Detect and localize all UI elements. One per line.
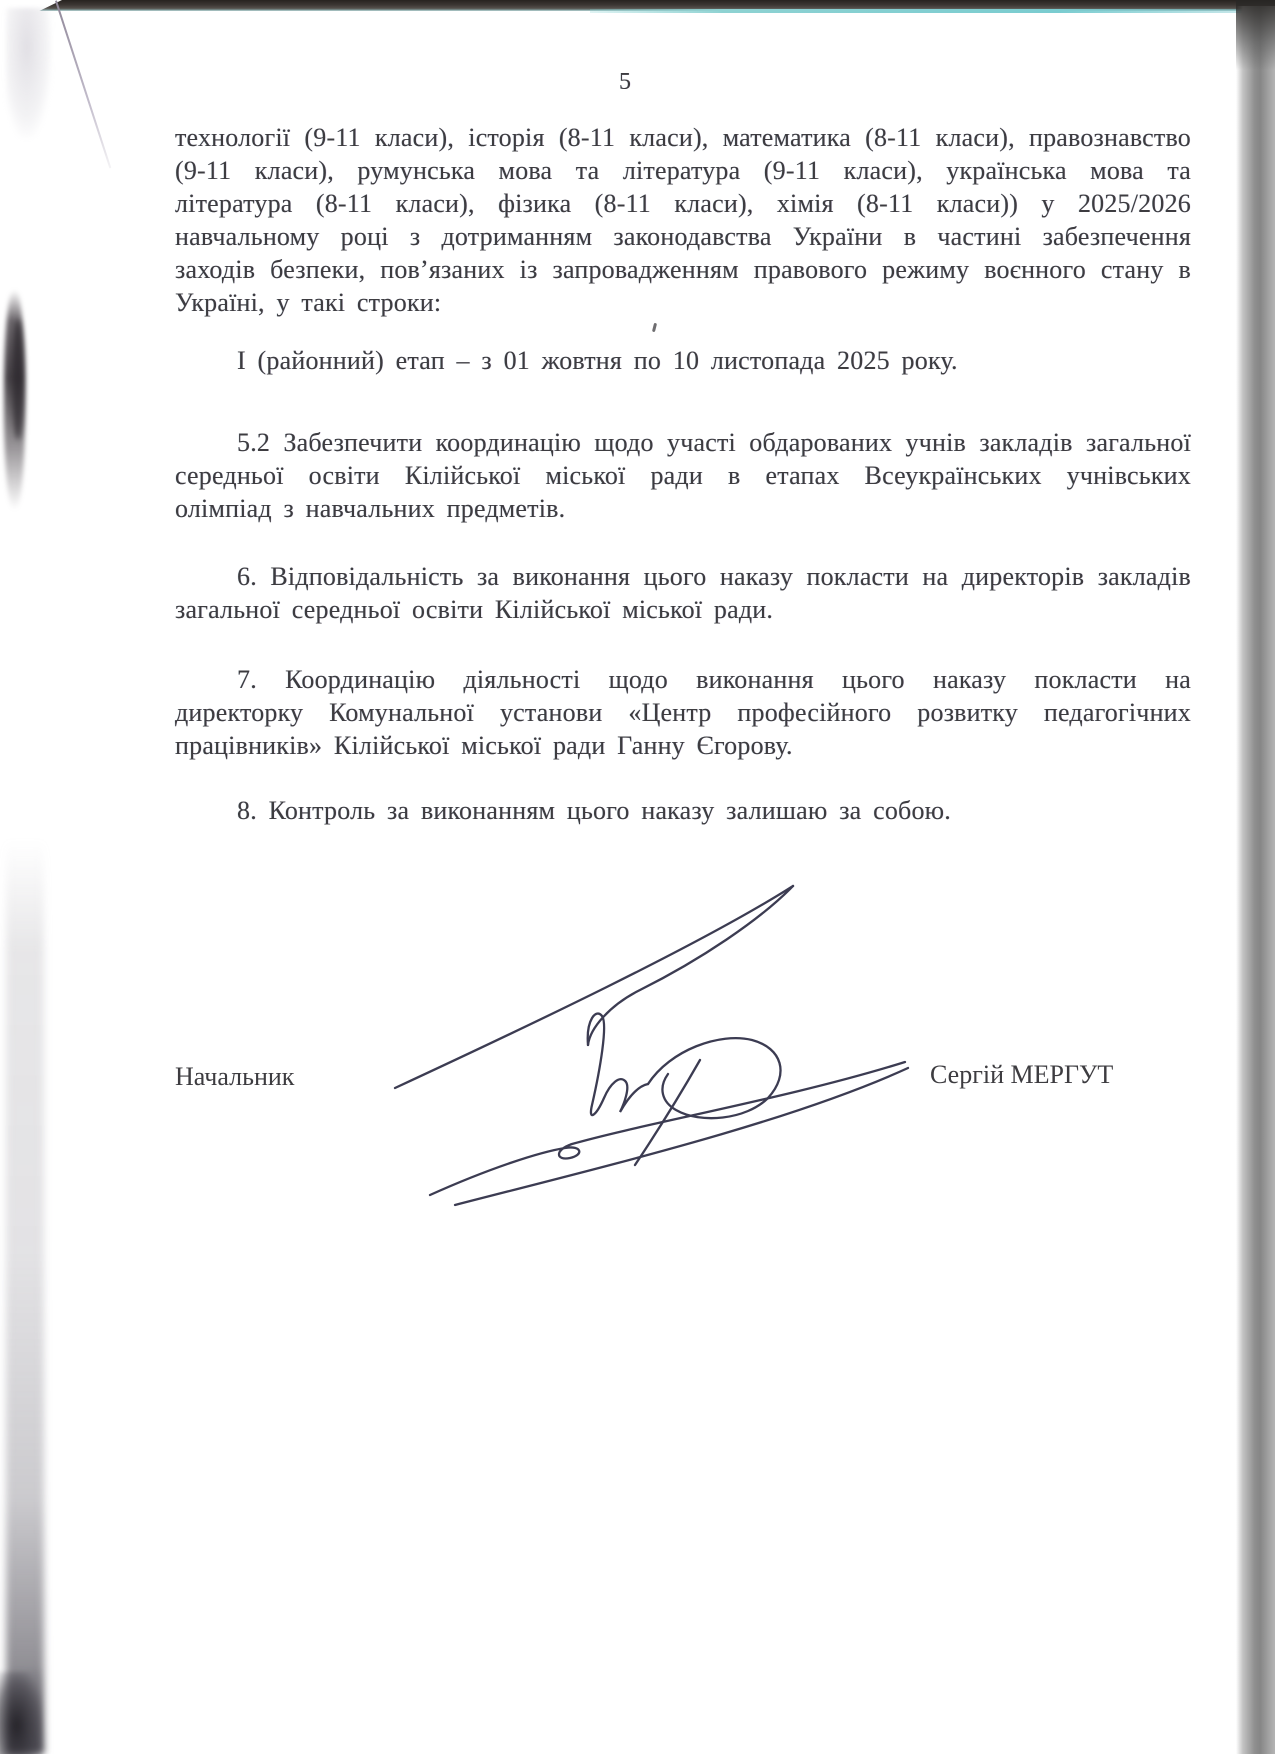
- paragraph-subjects-continuation: технології (9-11 класи), історія (8-11 к…: [175, 121, 1191, 319]
- scan-artifact-ink-smudge: [4, 290, 25, 510]
- scan-artifact-top-edge: [0, 0, 1275, 11]
- scan-artifact-ink-smudge-core: [12, 320, 24, 440]
- paragraph-6: 6. Відповідальність за виконання цього н…: [175, 560, 1191, 626]
- paragraph-8: 8. Контроль за виконанням цього наказу з…: [175, 794, 1191, 827]
- scan-artifact-corner-fold: [0, 0, 70, 30]
- signature-scribble: [370, 860, 930, 1220]
- signatory-name: Сергій МЕРГУТ: [930, 1060, 1113, 1090]
- paragraph-5-2: 5.2 Забезпечити координацію щодо участі …: [175, 426, 1191, 525]
- paragraph-stage-deadline: І (районний) етап – з 01 жовтня по 10 ли…: [175, 344, 1191, 377]
- scan-artifact-right-edge-top: [1236, 0, 1275, 70]
- paragraph-7: 7. Координацію діяльності щодо виконання…: [175, 663, 1191, 762]
- scan-artifact-bottom-blob: [0, 1672, 42, 1754]
- scan-artifact-fold-smudge: [6, 8, 52, 138]
- signatory-position: Начальник: [175, 1062, 294, 1092]
- scan-artifact-right-edge: [1236, 6, 1275, 1754]
- scan-artifact-left-streak: [6, 840, 44, 1754]
- scan-artifact-top-edge-teal: [590, 9, 1258, 13]
- page-number: 5: [175, 68, 1075, 96]
- scan-artifact-speck: [652, 323, 657, 332]
- document-page: 5 технології (9-11 класи), історія (8-11…: [0, 0, 1275, 1754]
- scan-artifact-fold-line: [55, 0, 111, 168]
